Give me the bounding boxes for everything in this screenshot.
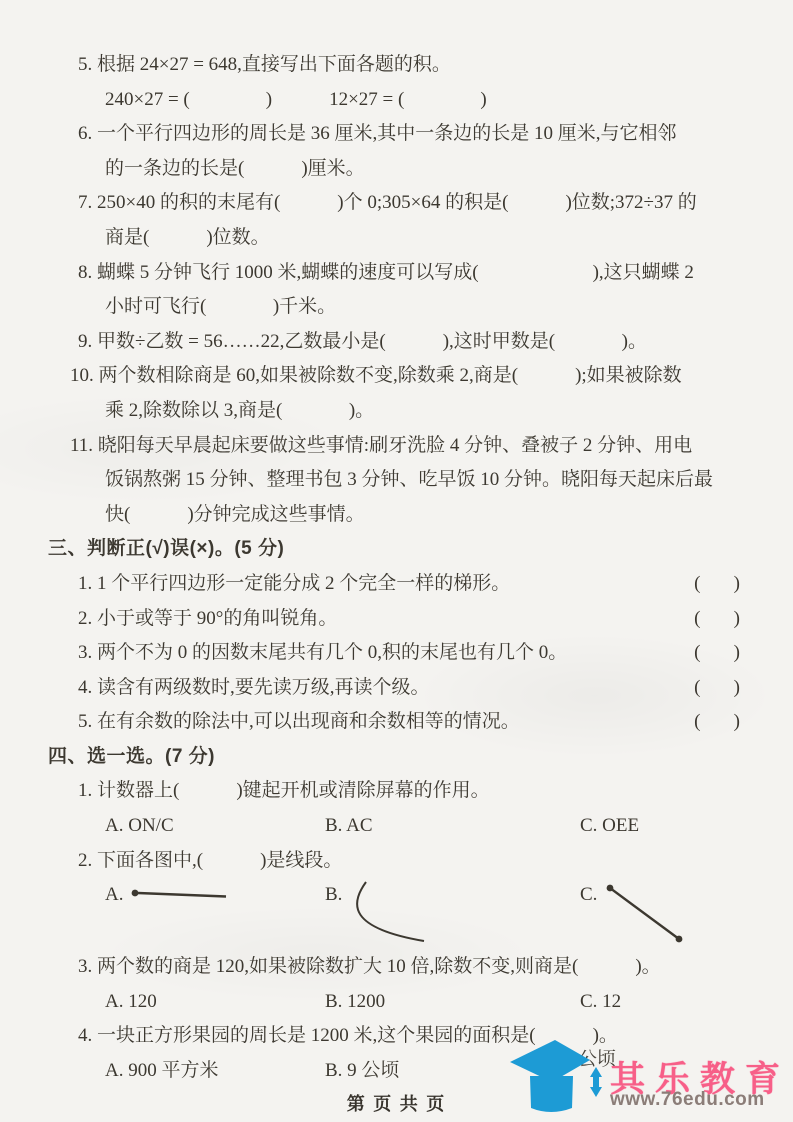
choice-q1-option-b: B. AC <box>325 809 580 844</box>
fill-q10-line2: 乘 2,除数除以 3,商是( )。 <box>48 394 753 429</box>
choice-q3-option-c: C. 12 <box>580 985 621 1020</box>
choice-q3-option-a: A. 120 <box>105 985 325 1020</box>
fill-q9-line1: 9. 甲数÷乙数 = 56……22,乙数最小是( ),这时甲数是( )。 <box>48 325 753 360</box>
fill-q11-line2: 饭锅熬粥 15 分钟、整理书包 3 分钟、吃早饭 10 分钟。晓阳每天起床后最 <box>48 463 753 498</box>
option-a-label: A. <box>105 878 123 913</box>
fill-q5-line2: 240×27 = ( ) 12×27 = ( ) <box>48 83 753 118</box>
fill-q7-line2: 商是( )位数。 <box>48 221 753 256</box>
judge-item-text: 1. 1 个平行四边形一定能分成 2 个完全一样的梯形。 <box>48 567 510 602</box>
fill-q11-line1: 11. 晓阳每天早晨起床要做这些事情:刷牙洗脸 4 分钟、叠被子 2 分钟、用电 <box>48 429 753 464</box>
fill-q11-line3: 快( )分钟完成这些事情。 <box>48 498 753 533</box>
answer-bracket: ( ) <box>694 567 740 602</box>
fill-q8-line1: 8. 蝴蝶 5 分钟飞行 1000 米,蝴蝶的速度可以写成( ),这只蝴蝶 2 <box>48 256 753 291</box>
choice-q2-figures: A. B. C. <box>48 878 753 950</box>
graduation-cap-icon <box>498 1032 608 1116</box>
choice-q1-options: A. ON/C B. AC C. OEE <box>48 809 753 844</box>
choice-q1-text: 1. 计数器上( )键起开机或清除屏幕的作用。 <box>48 774 753 809</box>
option-c-label: C. <box>580 878 597 913</box>
choice-q2-option-b: B. <box>325 878 580 948</box>
exam-content: 5. 根据 24×27 = 648,直接写出下面各题的积。 240×27 = (… <box>48 48 753 1089</box>
watermark-url-text: www.76edu.com <box>610 1089 765 1111</box>
fill-q6-line1: 6. 一个平行四边形的周长是 36 厘米,其中一条边的长是 10 厘米,与它相邻 <box>48 117 753 152</box>
judge-item-text: 4. 读含有两级数时,要先读万级,再读个级。 <box>48 671 430 706</box>
fill-q7-line1: 7. 250×40 的积的末尾有( )个 0;305×64 的积是( )位数;3… <box>48 186 753 221</box>
exam-paper-page: 5. 根据 24×27 = 648,直接写出下面各题的积。 240×27 = (… <box>0 0 793 1122</box>
choice-q1-option-a: A. ON/C <box>105 809 325 844</box>
fill-q6-line2: 的一条边的长是( )厘米。 <box>48 152 753 187</box>
curve-figure <box>348 880 438 948</box>
choice-q2-option-a: A. <box>105 878 325 913</box>
answer-bracket: ( ) <box>694 671 740 706</box>
publisher-watermark: 其乐教育 www.76edu.com <box>498 1032 793 1122</box>
judge-item-5: 5. 在有余数的除法中,可以出现商和余数相等的情况。 ( ) <box>48 705 753 740</box>
fill-q10-line1: 10. 两个数相除商是 60,如果被除数不变,除数乘 2,商是( );如果被除数 <box>48 359 753 394</box>
fill-q5-line1: 5. 根据 24×27 = 648,直接写出下面各题的积。 <box>48 48 753 83</box>
judge-item-3: 3. 两个不为 0 的因数末尾共有几个 0,积的末尾也有几个 0。 ( ) <box>48 636 753 671</box>
judge-item-text: 5. 在有余数的除法中,可以出现商和余数相等的情况。 <box>48 705 520 740</box>
answer-bracket: ( ) <box>694 636 740 671</box>
judge-item-4: 4. 读含有两级数时,要先读万级,再读个级。 ( ) <box>48 671 753 706</box>
answer-bracket: ( ) <box>694 705 740 740</box>
judge-item-text: 2. 小于或等于 90°的角叫锐角。 <box>48 602 337 637</box>
choice-q2-option-c: C. <box>580 878 689 947</box>
option-b-label: B. <box>325 878 342 913</box>
judge-item-1: 1. 1 个平行四边形一定能分成 2 个完全一样的梯形。 ( ) <box>48 567 753 602</box>
judge-item-2: 2. 小于或等于 90°的角叫锐角。 ( ) <box>48 602 753 637</box>
fill-q8-line2: 小时可飞行( )千米。 <box>48 290 753 325</box>
choice-q3-options: A. 120 B. 1200 C. 12 <box>48 985 753 1020</box>
choice-q1-option-c: C. OEE <box>580 809 639 844</box>
section-3-header: 三、判断正(√)误(×)。(5 分) <box>48 532 753 567</box>
choice-q4-option-a: A. 900 平方米 <box>105 1054 325 1089</box>
section-4-header: 四、选一选。(7 分) <box>48 740 753 775</box>
judge-item-text: 3. 两个不为 0 的因数末尾共有几个 0,积的末尾也有几个 0。 <box>48 636 567 671</box>
choice-q3-option-b: B. 1200 <box>325 985 580 1020</box>
segment-figure <box>603 881 689 947</box>
ray-figure <box>129 886 231 906</box>
choice-q2-text: 2. 下面各图中,( )是线段。 <box>48 844 753 879</box>
answer-bracket: ( ) <box>694 602 740 637</box>
choice-q3-text: 3. 两个数的商是 120,如果被除数扩大 10 倍,除数不变,则商是( )。 <box>48 950 753 985</box>
